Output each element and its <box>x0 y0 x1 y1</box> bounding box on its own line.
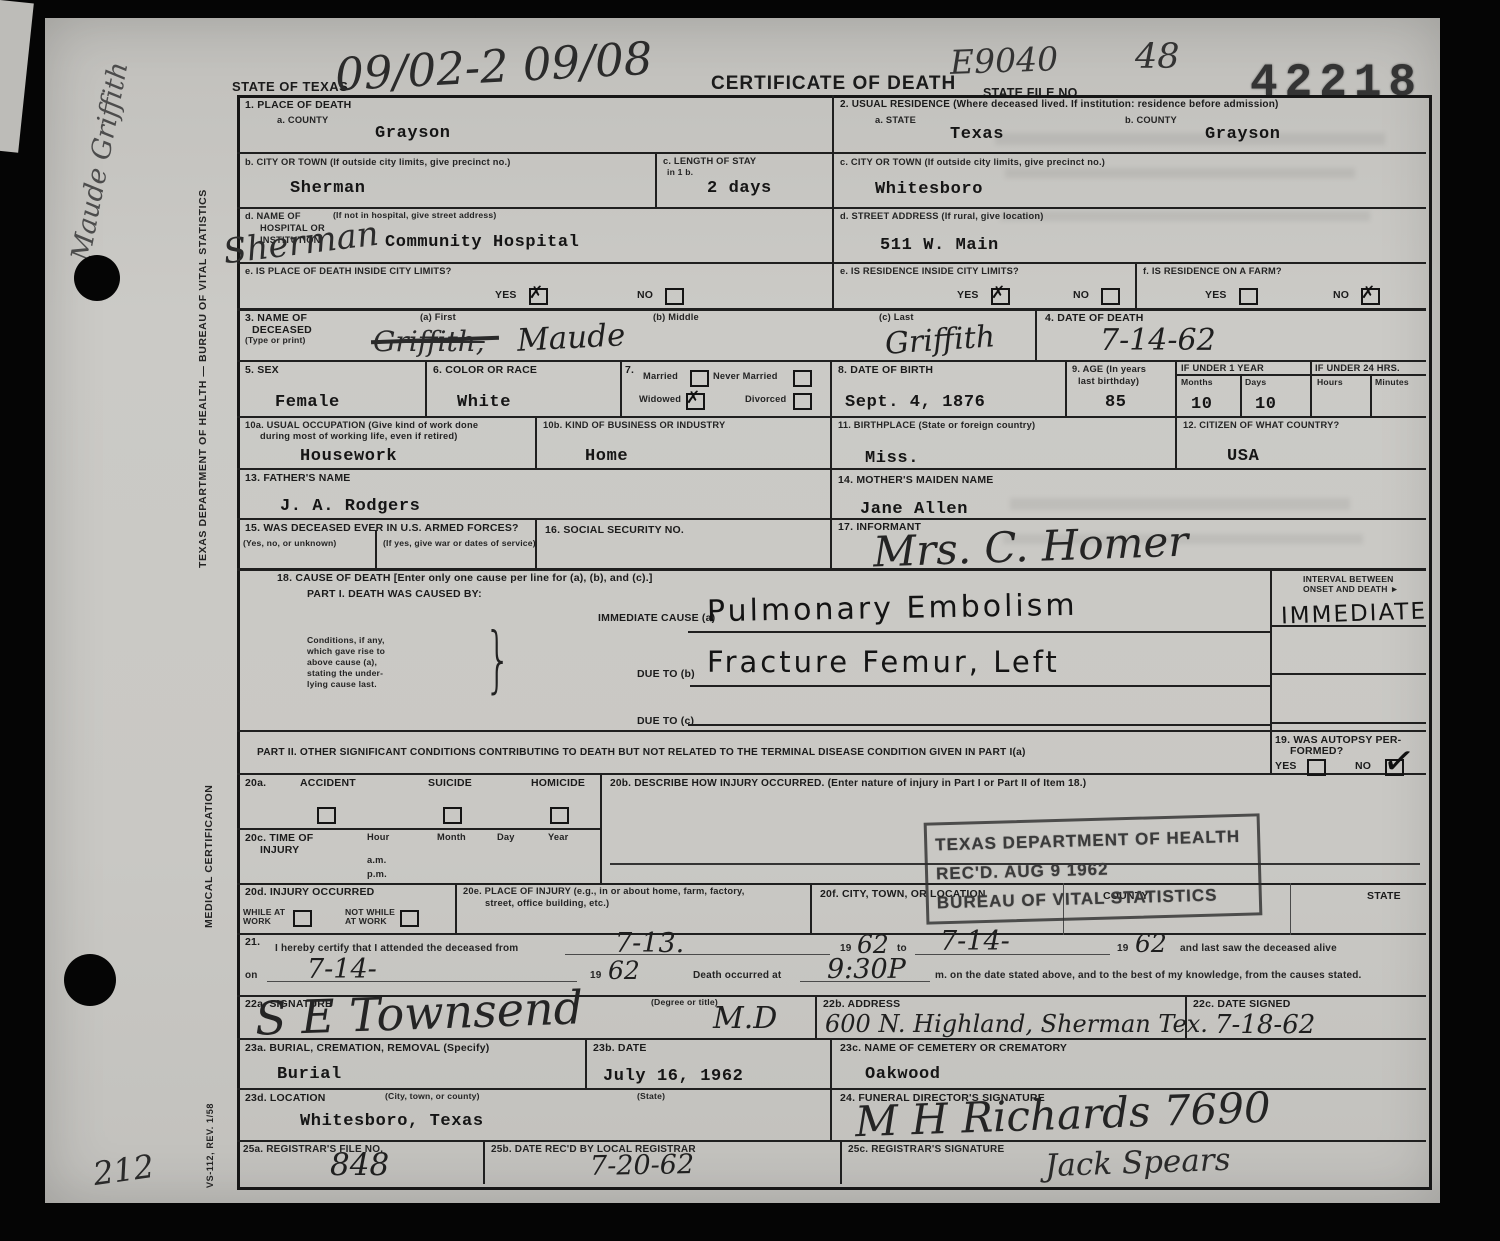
burial-label: 23a. BURIAL, CREMATION, REMOVAL (Specify… <box>245 1042 489 1054</box>
age-label-1: 9. AGE (In years <box>1072 364 1146 375</box>
not-while-at-work-checkbox <box>400 910 419 927</box>
residence-yes-label: YES <box>957 289 979 301</box>
injury-occurred-label: 20d. INJURY OCCURRED <box>245 886 374 898</box>
year-prefix-1: 19 <box>840 943 852 955</box>
part2-label: PART II. OTHER SIGNIFICANT CONDITIONS CO… <box>257 747 1026 759</box>
color-or-race-label: 6. COLOR OR RACE <box>433 364 537 376</box>
farm-no-label: NO <box>1333 289 1349 301</box>
conditions-note-line: stating the under- <box>307 669 383 679</box>
burial-value: Burial <box>277 1066 342 1083</box>
day-label: Day <box>497 832 515 843</box>
birthplace-value: Miss. <box>865 450 919 467</box>
received-stamp: TEXAS DEPARTMENT OF HEALTH REC'D. AUG 9 … <box>924 813 1263 924</box>
cemetery-value: Oakwood <box>865 1066 941 1083</box>
never-married-label: Never Married <box>713 371 778 382</box>
length-of-stay-label: c. LENGTH OF STAY <box>663 156 756 167</box>
address-value: 600 N. Highland, Sherman Tex. <box>825 1012 1208 1036</box>
first-name-label: (a) First <box>420 312 456 323</box>
street-address-value: 511 W. Main <box>880 237 999 254</box>
place-of-injury-label-2: street, office building, etc.) <box>485 898 609 909</box>
autopsy-no-label: NO <box>1355 760 1371 772</box>
death-city-yes-checkbox: ✗ <box>529 288 548 305</box>
due-to-b-value: Fracture Femur, Left <box>707 648 1060 677</box>
sidebar-agency-text: TEXAS DEPARTMENT OF HEALTH — BUREAU OF V… <box>197 98 209 568</box>
page-corner-sliver <box>0 0 34 153</box>
usual-occupation-label-2: during most of working life, even if ret… <box>260 431 458 442</box>
certify-text-to: to <box>897 943 907 955</box>
date-signed-label: 22c. DATE SIGNED <box>1193 998 1291 1010</box>
part1-label: PART I. DEATH WAS CAUSED BY: <box>307 588 482 600</box>
handwritten-code-e: E9040 <box>949 42 1058 79</box>
burial-date-label: 23b. DATE <box>593 1042 647 1054</box>
usual-occupation-value: Housework <box>300 448 397 465</box>
residence-state-label: a. STATE <box>875 115 916 126</box>
pm-label: p.m. <box>367 869 387 880</box>
certificate-page: Maude Griffith 212 TEXAS DEPARTMENT OF H… <box>45 18 1440 1203</box>
last-seen-date-value: 7-14- <box>307 956 377 983</box>
informant-signature: Mrs. C. Homer <box>872 521 1189 574</box>
street-address-label: d. STREET ADDRESS (If rural, give locati… <box>840 211 1044 222</box>
degree-or-title-label: (Degree or title) <box>651 998 718 1008</box>
attended-to-value: 7-14- <box>940 928 1010 955</box>
time-of-death-value: 9:30P <box>827 956 906 983</box>
autopsy-label-2: FORMED? <box>1290 745 1343 757</box>
death-city-yes-label: YES <box>495 289 517 301</box>
suicide-label: SUICIDE <box>428 777 472 789</box>
armed-forces-sub-1: (Yes, no, or unknown) <box>243 539 336 549</box>
sex-value: Female <box>275 394 340 411</box>
marital-status-label: 7. <box>625 364 634 376</box>
date-of-birth-label: 8. DATE OF BIRTH <box>838 364 933 376</box>
month-label: Month <box>437 832 466 843</box>
city-or-town-label: b. CITY OR TOWN (If outside city limits,… <box>245 157 511 168</box>
hospital-name-label-1: d. NAME OF <box>245 211 301 222</box>
residence-state-value: Texas <box>950 126 1004 143</box>
death-city-no-label: NO <box>637 289 653 301</box>
accident-checkbox <box>317 807 336 824</box>
last-name-handwritten: Griffith <box>884 322 996 360</box>
certify-text-end: m. on the date stated above, and to the … <box>935 970 1362 982</box>
social-security-label: 16. SOCIAL SECURITY NO. <box>545 524 684 536</box>
due-to-b-label: DUE TO (b) <box>637 668 695 680</box>
color-or-race-value: White <box>457 394 511 411</box>
burial-location-sub-2: (State) <box>637 1092 665 1102</box>
due-to-c-label: DUE TO (c) <box>637 715 694 727</box>
citizen-value: USA <box>1227 448 1259 465</box>
if-under-24-hrs-label: IF UNDER 24 HRS. <box>1315 363 1400 374</box>
widowed-label: Widowed <box>639 394 681 405</box>
burial-location-value: Whitesboro, Texas <box>300 1113 484 1130</box>
year-prefix-3: 19 <box>590 970 602 982</box>
farm-yes-checkbox <box>1239 288 1258 305</box>
farm-no-checkbox: ✗ <box>1361 288 1380 305</box>
scanned-death-certificate: Maude Griffith 212 TEXAS DEPARTMENT OF H… <box>0 0 1500 1241</box>
cemetery-label: 23c. NAME OF CEMETERY OR CREMATORY <box>840 1042 1067 1054</box>
autopsy-yes-label: YES <box>1275 760 1297 772</box>
year-prefix-2: 19 <box>1117 943 1129 955</box>
not-while-at-work-label-2: AT WORK <box>345 917 387 927</box>
immediate-cause-label: IMMEDIATE CAUSE (a) <box>598 612 715 624</box>
certificate-title: CERTIFICATE OF DEATH <box>711 73 956 95</box>
length-of-stay-sub: in 1 b. <box>667 168 693 178</box>
hours-label: Hours <box>1317 378 1343 388</box>
first-name-handwritten: Maude <box>516 320 626 357</box>
divorced-label: Divorced <box>745 394 786 405</box>
farm-yes-label: YES <box>1205 289 1227 301</box>
married-label: Married <box>643 371 678 382</box>
interval-value: IMMEDIATE <box>1281 600 1428 628</box>
days-value: 10 <box>1255 396 1277 413</box>
address-label: 22b. ADDRESS <box>823 998 900 1010</box>
residence-no-checkbox <box>1101 288 1120 305</box>
widowed-checkbox: ✗ <box>686 393 705 410</box>
state-of-texas-label: STATE OF TEXAS <box>232 80 348 95</box>
accident-section-label: 20a. <box>245 777 266 789</box>
date-signed-value: 7-18-62 <box>1215 1012 1315 1038</box>
while-at-work-label-2: WORK <box>243 917 271 927</box>
usual-residence-label: 2. USUAL RESIDENCE (Where deceased lived… <box>840 99 1279 111</box>
months-value: 10 <box>1191 396 1213 413</box>
days-label: Days <box>1245 378 1266 388</box>
last-name-label: (c) Last <box>879 312 914 323</box>
death-inside-city-limits-label: e. IS PLACE OF DEATH INSIDE CITY LIMITS? <box>245 266 452 277</box>
hour-label: Hour <box>367 832 390 843</box>
birthplace-label: 11. BIRTHPLACE (State or foreign country… <box>838 420 1035 431</box>
conditions-note-line: which gave rise to <box>307 647 385 657</box>
if-under-1-year-label: IF UNDER 1 YEAR <box>1181 363 1264 374</box>
residence-city-limits-label: e. IS RESIDENCE INSIDE CITY LIMITS? <box>840 266 1019 277</box>
conditions-note-line: lying cause last. <box>307 680 377 690</box>
homicide-checkbox <box>550 807 569 824</box>
burial-location-sub-1: (City, town, or county) <box>385 1092 480 1102</box>
while-at-work-checkbox <box>293 910 312 927</box>
punch-hole <box>64 954 116 1006</box>
time-of-injury-label-2: INJURY <box>260 844 299 856</box>
armed-forces-sub-2: (If yes, give war or dates of service) <box>383 539 536 549</box>
year-label: Year <box>548 832 568 843</box>
residence-no-label: NO <box>1073 289 1089 301</box>
autopsy-no-checkbox: ✓ <box>1385 759 1404 776</box>
handwritten-code-48: 48 <box>1135 40 1180 75</box>
scan-artifact <box>0 0 1500 16</box>
citizen-label: 12. CITIZEN OF WHAT COUNTRY? <box>1183 420 1339 431</box>
name-of-deceased-label-3: (Type or print) <box>245 336 306 346</box>
immediate-cause-value: Pulmonary Embolism <box>707 591 1078 627</box>
page-number-handwritten: 212 <box>91 1150 156 1190</box>
middle-name-label: (b) Middle <box>653 312 699 323</box>
injury-state-label: STATE <box>1367 890 1401 902</box>
describe-injury-label: 20b. DESCRIBE HOW INJURY OCCURRED. (Ente… <box>610 778 1086 790</box>
conditions-note-line: above cause (a), <box>307 658 377 668</box>
married-checkbox <box>690 370 709 387</box>
autopsy-yes-checkbox <box>1307 759 1326 776</box>
certify-text-on: on <box>245 970 258 982</box>
physician-signature: S E Townsend <box>254 984 583 1041</box>
mothers-maiden-name-value: Jane Allen <box>860 501 968 518</box>
county-value: Grayson <box>375 125 451 142</box>
punch-hole <box>74 255 120 301</box>
degree-value: M.D <box>713 1004 777 1034</box>
months-label: Months <box>1181 378 1213 388</box>
age-value: 85 <box>1105 394 1127 411</box>
date-recd-value: 7-20-62 <box>590 1151 695 1180</box>
certify-section-number: 21. <box>245 936 260 948</box>
fathers-name-label: 13. FATHER'S NAME <box>245 472 350 484</box>
place-of-injury-label: 20e. PLACE OF INJURY (e.g., in or about … <box>463 886 745 897</box>
death-city-no-checkbox <box>665 288 684 305</box>
minutes-label: Minutes <box>1375 378 1409 388</box>
registrar-signature-value: Jack Spears <box>1045 1145 1232 1182</box>
brace-glyph: } <box>484 623 511 695</box>
hospital-name-value: Community Hospital <box>385 234 579 251</box>
handwritten-header-code: 09/02-2 09/08 <box>334 36 653 98</box>
certify-text-alive: and last saw the deceased alive <box>1180 943 1337 955</box>
name-of-deceased-label-1: 3. NAME OF <box>245 312 307 324</box>
certify-text-1: I hereby certify that I attended the dec… <box>275 943 518 955</box>
residence-city-label: c. CITY OR TOWN (If outside city limits,… <box>840 157 1105 168</box>
suicide-checkbox <box>443 807 462 824</box>
form-number-text: VS-112, REV. 1/58 <box>205 1053 215 1188</box>
accident-label: ACCIDENT <box>300 777 356 789</box>
burial-location-label: 23d. LOCATION <box>245 1092 326 1104</box>
residence-farm-label: f. IS RESIDENCE ON A FARM? <box>1143 266 1282 277</box>
length-of-stay-value: 2 days <box>707 180 772 197</box>
kind-of-business-value: Home <box>585 448 628 465</box>
certify-text-death-occurred: Death occurred at <box>693 970 781 982</box>
mothers-maiden-name-label: 14. MOTHER'S MAIDEN NAME <box>838 474 993 486</box>
time-of-injury-label: 20c. TIME OF <box>245 832 313 844</box>
date-of-death-value: 7-14-62 <box>1100 326 1216 356</box>
residence-yes-checkbox: ✗ <box>991 288 1010 305</box>
sidebar-medical-certification-text: MEDICAL CERTIFICATION <box>203 583 215 928</box>
cause-of-death-label: 18. CAUSE OF DEATH [Enter only one cause… <box>277 572 653 584</box>
residence-county-value: Grayson <box>1205 126 1281 143</box>
place-of-death-label: 1. PLACE OF DEATH <box>245 99 351 111</box>
fathers-name-value: J. A. Rodgers <box>280 498 420 515</box>
burial-date-value: July 16, 1962 <box>603 1068 743 1085</box>
usual-occupation-label: 10a. USUAL OCCUPATION (Give kind of work… <box>245 420 478 431</box>
homicide-label: HOMICIDE <box>531 777 585 789</box>
age-label-2: last birthday) <box>1078 376 1139 387</box>
residence-city-value: Whitesboro <box>875 181 983 198</box>
city-or-town-value: Sherman <box>290 180 366 197</box>
residence-county-label: b. COUNTY <box>1125 115 1177 126</box>
never-married-checkbox <box>793 370 812 387</box>
armed-forces-label: 15. WAS DECEASED EVER IN U.S. ARMED FORC… <box>245 522 519 534</box>
registrar-file-no-value: 848 <box>330 1150 389 1181</box>
divorced-checkbox <box>793 393 812 410</box>
am-label: a.m. <box>367 855 386 866</box>
kind-of-business-label: 10b. KIND OF BUSINESS OR INDUSTRY <box>543 420 725 431</box>
attended-from-value: 7-13. <box>615 930 684 957</box>
county-label: a. COUNTY <box>277 115 328 126</box>
date-of-birth-value: Sept. 4, 1876 <box>845 394 985 411</box>
scan-artifact <box>550 0 635 20</box>
interval-label-2: ONSET AND DEATH ► <box>1303 585 1399 595</box>
sex-label: 5. SEX <box>245 364 279 376</box>
conditions-note-line: Conditions, if any, <box>307 636 385 646</box>
attended-to-year: 62 <box>1135 931 1167 956</box>
last-seen-year: 62 <box>608 958 640 983</box>
registrar-signature-label: 25c. REGISTRAR'S SIGNATURE <box>848 1144 1004 1156</box>
